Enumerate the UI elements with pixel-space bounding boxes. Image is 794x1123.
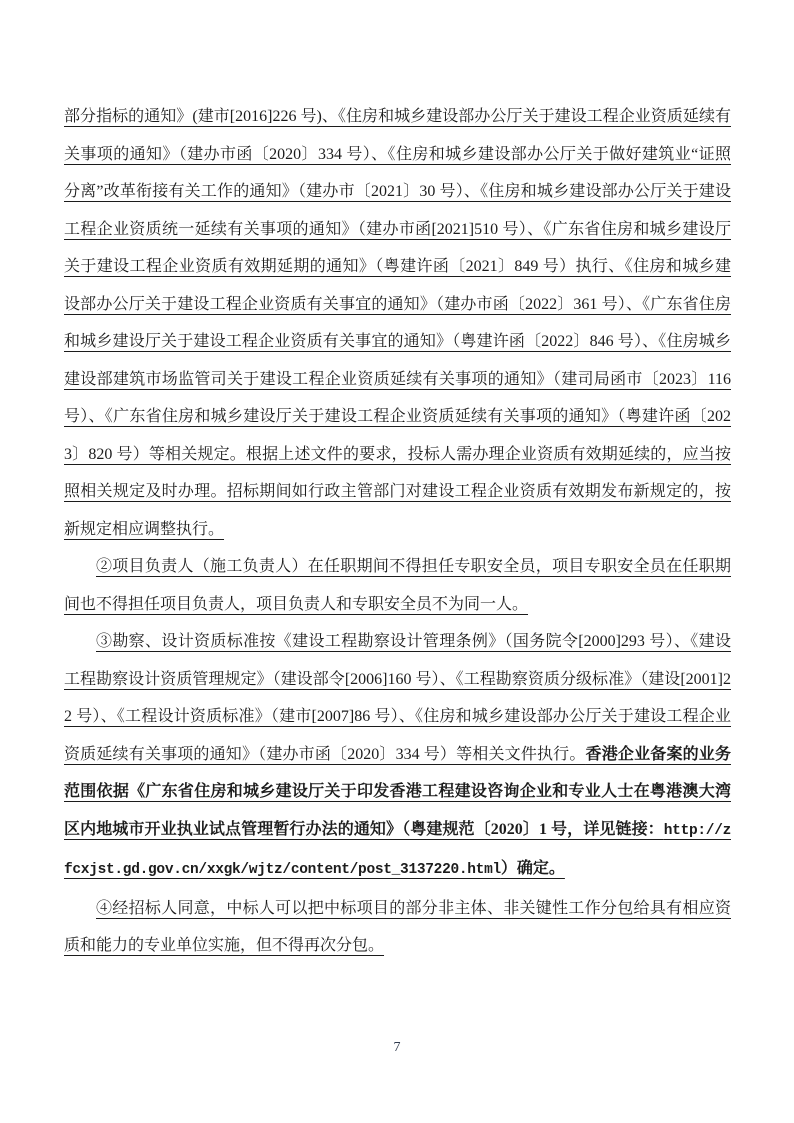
paragraph-text: ④经招标人同意，中标人可以把中标项目的部分非主体、非关键性工作分包给具有相应资质… [64, 900, 731, 955]
paragraph-text: 部分指标的通知》(建市[2016]226 号)、《住房和城乡建设部办公厅关于建设… [64, 108, 731, 538]
paragraph-text: ③勘察、设计资质标准按《建设工程勘察设计管理条例》（国务院令[2000]293 … [64, 633, 731, 763]
paragraph-item-2: ②项目负责人（施工负责人）在任职期间不得担任专职安全员，项目专职安全员在任职期间… [64, 548, 731, 623]
hk-filing-bold-text-end: ）确定。 [501, 860, 565, 877]
paragraph-regulations-continued: 部分指标的通知》(建市[2016]226 号)、《住房和城乡建设部办公厅关于建设… [64, 98, 731, 548]
paragraph-text: ②项目负责人（施工负责人）在任职期间不得担任专职安全员，项目专职安全员在任职期间… [64, 558, 731, 613]
paragraph-item-3: ③勘察、设计资质标准按《建设工程勘察设计管理条例》（国务院令[2000]293 … [64, 623, 731, 890]
paragraph-item-4: ④经招标人同意，中标人可以把中标项目的部分非主体、非关键性工作分包给具有相应资质… [64, 890, 731, 965]
document-page: 部分指标的通知》(建市[2016]226 号)、《住房和城乡建设部办公厅关于建设… [0, 0, 794, 1123]
page-footer: 7 [0, 1038, 794, 1056]
document-body: 部分指标的通知》(建市[2016]226 号)、《住房和城乡建设部办公厅关于建设… [64, 98, 731, 965]
page-number: 7 [394, 1040, 401, 1055]
